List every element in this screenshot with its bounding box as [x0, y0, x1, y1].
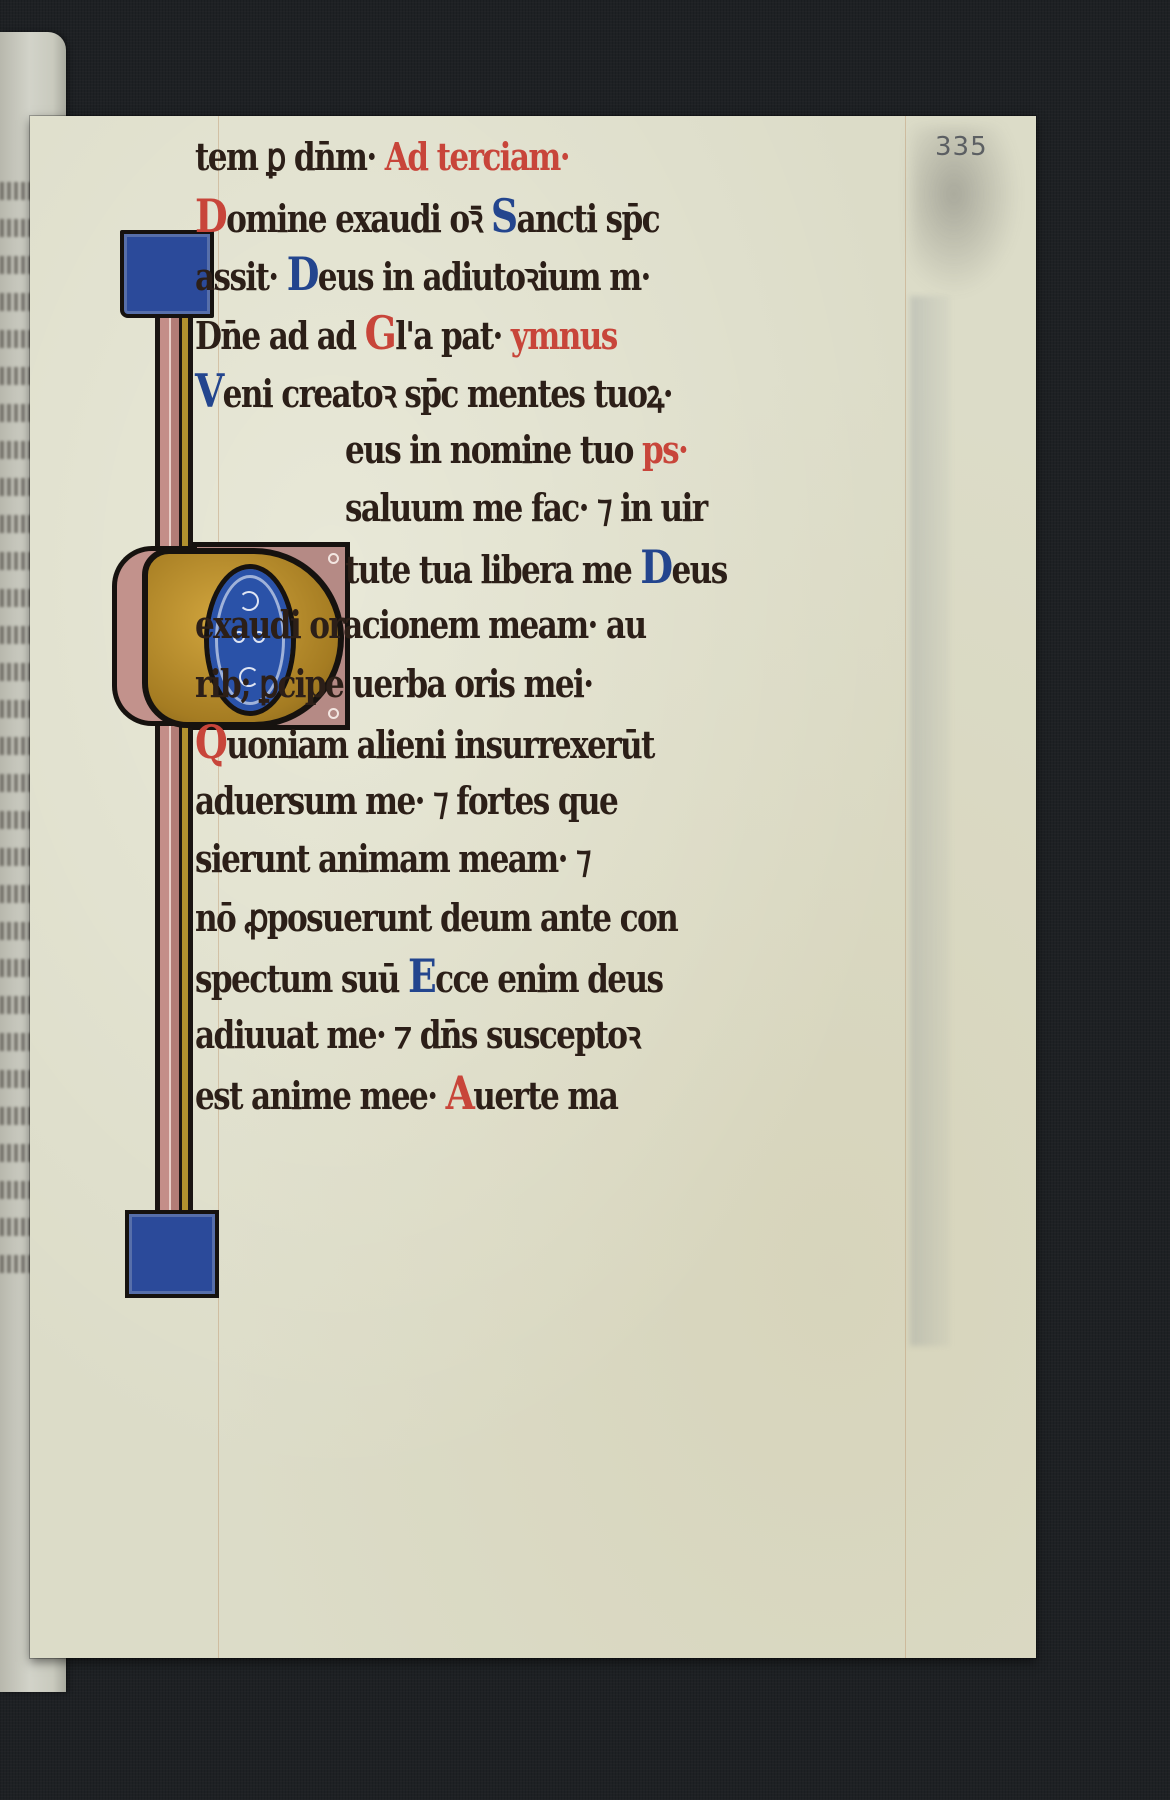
stain [910, 296, 950, 1346]
decorated-initial: D [287, 247, 318, 301]
text-line: Domine exaudi oꝛ̄ Sancti sp̄c [195, 187, 659, 245]
initial-i-shaft [155, 268, 193, 1278]
decorated-initial: E [408, 949, 435, 1003]
rubric-text: Ad terciam· [385, 134, 569, 179]
text-run: eus [672, 547, 727, 592]
ruling-line-vertical [905, 116, 906, 1658]
text-run: exaudi oracionem meam· au [195, 602, 646, 647]
text-line: aduersum me· ⁊ fortes que [195, 772, 617, 830]
text-line: sierunt animam meam· ⁊ [195, 830, 590, 888]
text-run: tute tua libera me [345, 547, 640, 592]
text-line: Quoniam alieni insurrexerūt [195, 713, 654, 771]
text-run: est anime mee· [195, 1073, 446, 1118]
text-run: tem ꝑ dn̄m· [195, 134, 385, 179]
decorated-initial: Q [195, 715, 226, 769]
text-line: tute tua libera me Deus [345, 538, 727, 596]
text-run: sierunt animam meam· ⁊ [195, 836, 590, 881]
text-run: assit· [195, 254, 287, 299]
decorated-initial: G [365, 306, 396, 360]
text-run: adiuuat me· ⁊ dn̄s susceptoꝛ [195, 1012, 640, 1057]
text-line: tem ꝑ dn̄m· Ad terciam· [195, 128, 569, 186]
text-run: cce enim deus [435, 956, 662, 1001]
text-run: uoniam alieni insurrexerūt [226, 722, 654, 767]
text-line: est anime mee· Auerte ma [195, 1064, 617, 1122]
text-line: assit· Deus in adiutoꝛium m· [195, 245, 650, 303]
text-line: Veni creatoꝛ sp̄c mentes tuoꝝ· [195, 362, 672, 420]
text-run: aduersum me· ⁊ fortes que [195, 778, 617, 823]
initial-i-bottom-cap [125, 1210, 219, 1298]
text-line: exaudi oracionem meam· au [195, 596, 646, 654]
text-run: eus in adiutoꝛium m· [318, 254, 650, 299]
text-line: nō ꝓposuerunt deum ante con [195, 889, 677, 947]
text-run: spectum suū [195, 956, 408, 1001]
text-run: saluum me fac· ⁊ in uir [345, 485, 706, 530]
decorated-initial: D [640, 540, 671, 594]
decorated-initial: D [195, 189, 226, 243]
text-run: uerte ma [473, 1073, 617, 1118]
text-line: Dn̄e ad ad Gl'a pat· ymnus [195, 304, 617, 362]
decorated-initial: A [446, 1066, 474, 1120]
text-line: adiuuat me· ⁊ dn̄s susceptoꝛ [195, 1006, 640, 1064]
text-line: spectum suū Ecce enim deus [195, 947, 662, 1005]
text-line: saluum me fac· ⁊ in uir [345, 479, 706, 537]
text-run: eni creatoꝛ sp̄c mentes tuoꝝ· [223, 371, 672, 416]
text-run: ancti sp̄c [516, 196, 658, 241]
text-line: eus in nomine tuo ps· [345, 421, 687, 479]
folio-number: 335 [935, 132, 988, 162]
text-run: omine exaudi oꝛ̄ [226, 196, 491, 241]
text-run: eus in nomine tuo [345, 427, 642, 472]
text-run: rib; ꝑcipe uerba oris mei· [195, 661, 592, 706]
decorated-initial: S [491, 189, 517, 243]
text-run: l'a pat· [395, 313, 511, 358]
rubric-text: ymnus [511, 313, 617, 358]
decorated-initial: V [195, 364, 223, 418]
text-run: nō ꝓposuerunt deum ante con [195, 895, 677, 940]
text-line: rib; ꝑcipe uerba oris mei· [195, 655, 592, 713]
rubric-text: ps· [642, 427, 687, 472]
text-run: Dn̄e ad ad [195, 313, 365, 358]
